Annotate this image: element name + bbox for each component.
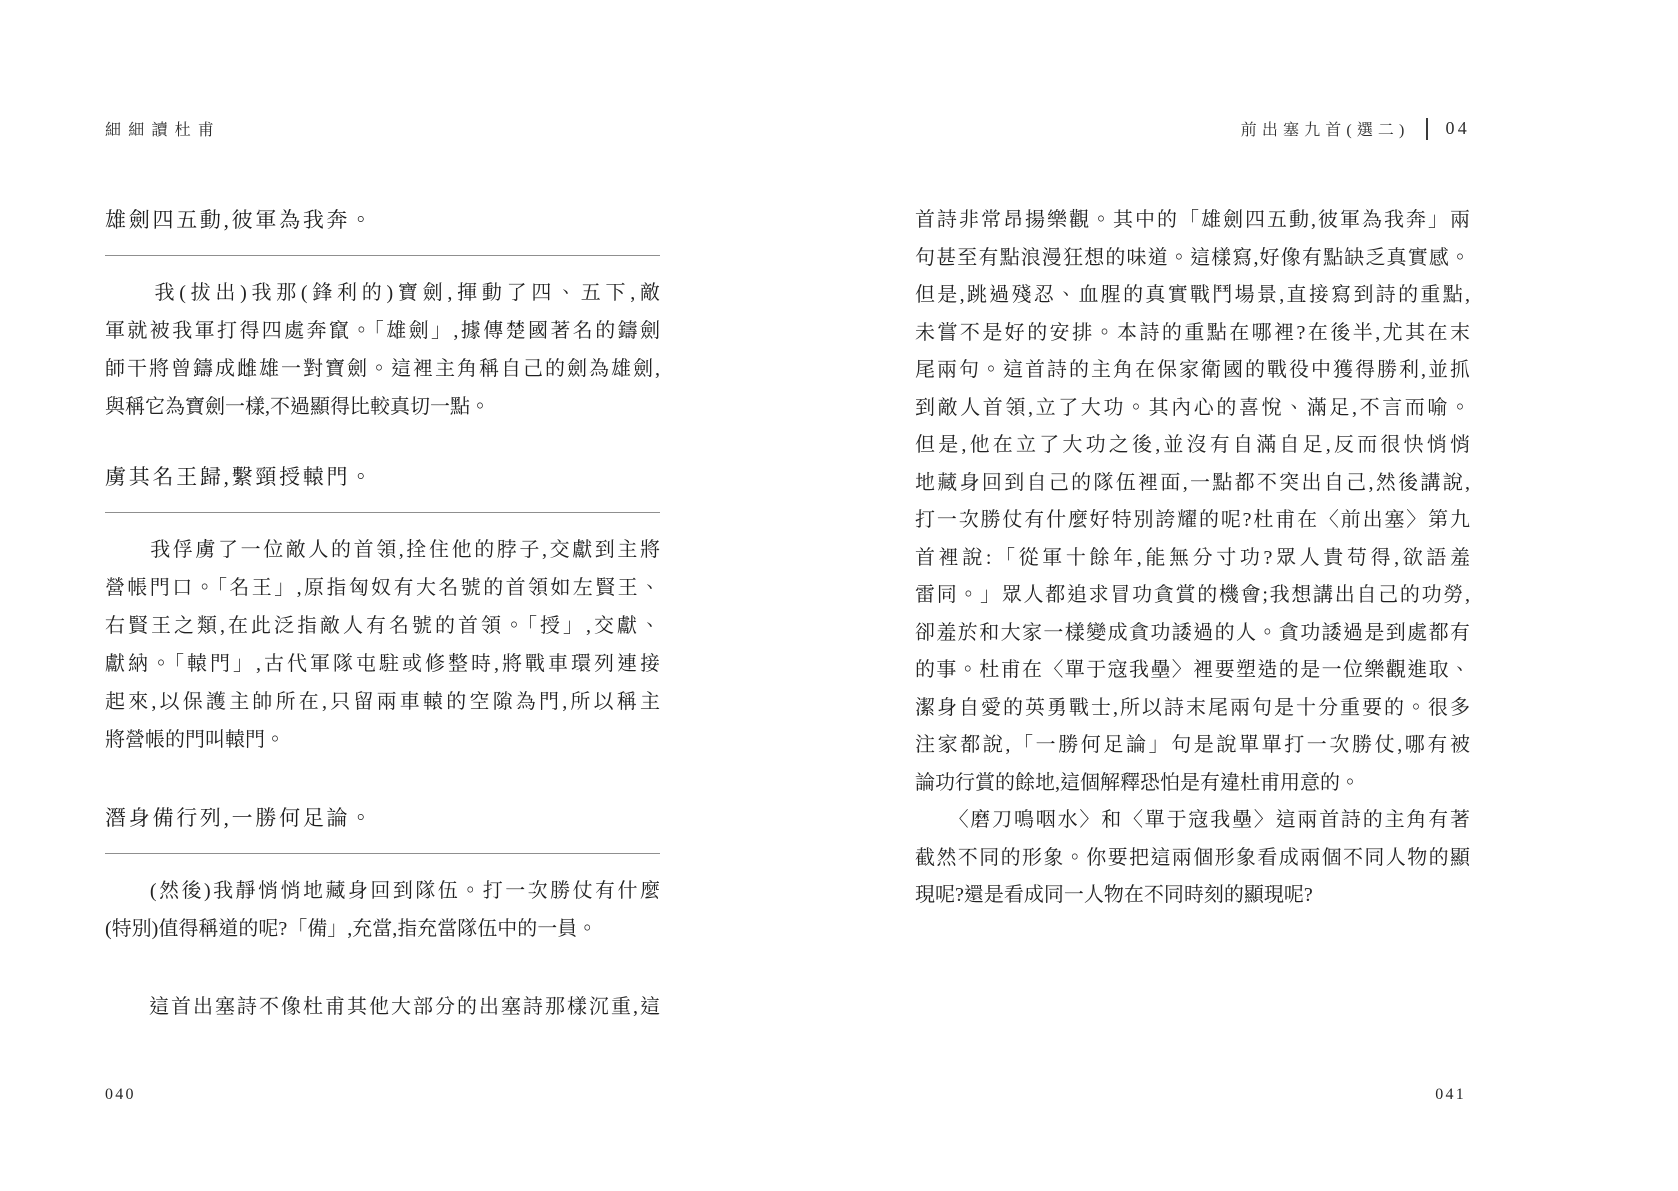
text-line: 起來,以保護主帥所在,只留兩車轅的空隙為門,所以稱主 — [105, 683, 660, 721]
running-head-chapter-title: 前出塞九首(選二) — [1241, 117, 1410, 140]
text-line: 潔身自愛的英勇戰士,所以詩末尾兩句是十分重要的。很多 — [915, 690, 1470, 728]
text-line: 這首出塞詩不像杜甫其他大部分的出塞詩那樣沉重,這 — [105, 988, 660, 1026]
text-line: 未嘗不是好的安排。本詩的重點在哪裡?在後半,尤其在末 — [915, 315, 1470, 353]
verse-heading-1: 雄劍四五動,彼軍為我奔。 — [105, 206, 660, 234]
body-paragraph-continued: 首詩非常昂揚樂觀。其中的「雄劍四五動,彼軍為我奔」兩句甚至有點浪漫狂想的味道。這… — [915, 202, 1470, 802]
right-page: 前出塞九首(選二) 04 首詩非常昂揚樂觀。其中的「雄劍四五動,彼軍為我奔」兩句… — [915, 0, 1470, 1191]
section-verse-1: 雄劍四五動,彼軍為我奔。 我(拔出)我那(鋒利的)寶劍,揮動了四、五下,敵軍就被… — [105, 206, 660, 426]
page-number-right: 041 — [1435, 1086, 1466, 1104]
text-line: 論功行賞的餘地,這個解釋恐怕是有違杜甫用意的。 — [915, 765, 1470, 803]
text-line: 但是,他在立了大功之後,並沒有自滿自足,反而很快悄悄 — [915, 427, 1470, 465]
text-line: 軍就被我軍打得四處奔竄。「雄劍」,據傳楚國著名的鑄劍 — [105, 312, 660, 350]
chapter-number: 04 — [1446, 118, 1470, 139]
text-line: (特別)值得稱道的呢?「備」,充當,指充當隊伍中的一員。 — [105, 910, 660, 948]
text-line: 〈磨刀鳴咽水〉和〈單于寇我壘〉這兩首詩的主角有著 — [915, 802, 1470, 840]
verse-heading-3: 潛身備行列,一勝何足論。 — [105, 804, 660, 832]
text-line: 現呢?還是看成同一人物在不同時刻的顯現呢? — [915, 877, 1470, 915]
text-line: 我(拔出)我那(鋒利的)寶劍,揮動了四、五下,敵 — [105, 274, 660, 312]
left-page: 細細讀杜甫 雄劍四五動,彼軍為我奔。 我(拔出)我那(鋒利的)寶劍,揮動了四、五… — [105, 0, 660, 1191]
running-head-chapter: 前出塞九首(選二) 04 — [915, 117, 1470, 140]
book-spread: { "left_page": { "running_head": "細細讀杜甫"… — [0, 0, 1678, 1191]
text-line: 到敵人首領,立了大功。其內心的喜悅、滿足,不言而喻。 — [915, 390, 1470, 428]
section-divider-3 — [105, 853, 660, 854]
text-line: 卻羞於和大家一樣變成貪功諉過的人。貪功諉過是到處都有 — [915, 615, 1470, 653]
text-line: 雷同。」眾人都追求冒功貪賞的機會;我想講出自己的功勞, — [915, 577, 1470, 615]
section-verse-2: 虜其名王歸,繫頸授轅門。 我俘虜了一位敵人的首領,拴住他的脖子,交獻到主將營帳門… — [105, 463, 660, 759]
text-line: 營帳門口。「名王」,原指匈奴有大名號的首領如左賢王、 — [105, 569, 660, 607]
body-paragraph-final: 〈磨刀鳴咽水〉和〈單于寇我壘〉這兩首詩的主角有著截然不同的形象。你要把這兩個形象… — [915, 802, 1470, 915]
text-line: 首詩非常昂揚樂觀。其中的「雄劍四五動,彼軍為我奔」兩 — [915, 202, 1470, 240]
page-number-left: 040 — [105, 1086, 136, 1104]
text-line: (然後)我靜悄悄地藏身回到隊伍。打一次勝仗有什麼 — [105, 872, 660, 910]
right-page-body: 首詩非常昂揚樂觀。其中的「雄劍四五動,彼軍為我奔」兩句甚至有點浪漫狂想的味道。這… — [915, 202, 1470, 915]
running-head-divider — [1426, 118, 1428, 140]
verse-heading-2: 虜其名王歸,繫頸授轅門。 — [105, 463, 660, 491]
text-line: 首裡說:「從軍十餘年,能無分寸功?眾人貴苟得,欲語羞 — [915, 540, 1470, 578]
text-line: 句甚至有點浪漫狂想的味道。這樣寫,好像有點缺乏真實感。 — [915, 240, 1470, 278]
section-verse-3: 潛身備行列,一勝何足論。 (然後)我靜悄悄地藏身回到隊伍。打一次勝仗有什麼(特別… — [105, 804, 660, 948]
closing-paragraph: 這首出塞詩不像杜甫其他大部分的出塞詩那樣沉重,這 — [105, 988, 660, 1026]
text-line: 截然不同的形象。你要把這兩個形象看成兩個不同人物的顯 — [915, 840, 1470, 878]
text-line: 我俘虜了一位敵人的首領,拴住他的脖子,交獻到主將 — [105, 531, 660, 569]
text-line: 的事。杜甫在〈單于寇我壘〉裡要塑造的是一位樂觀進取、 — [915, 652, 1470, 690]
section-divider-2 — [105, 512, 660, 513]
text-line: 將營帳的門叫轅門。 — [105, 721, 660, 759]
text-line: 地藏身回到自己的隊伍裡面,一點都不突出自己,然後講說, — [915, 465, 1470, 503]
text-line: 打一次勝仗有什麼好特別誇耀的呢?杜甫在〈前出塞〉第九 — [915, 502, 1470, 540]
running-head-book-title: 細細讀杜甫 — [105, 117, 660, 140]
text-line: 獻納。「轅門」,古代軍隊屯駐或修整時,將戰車環列連接 — [105, 645, 660, 683]
text-line: 但是,跳過殘忍、血腥的真實戰鬥場景,直接寫到詩的重點, — [915, 277, 1470, 315]
commentary-paragraph-2: 我俘虜了一位敵人的首領,拴住他的脖子,交獻到主將營帳門口。「名王」,原指匈奴有大… — [105, 531, 660, 759]
text-line: 與稱它為寶劍一樣,不過顯得比較真切一點。 — [105, 388, 660, 426]
commentary-paragraph-3: (然後)我靜悄悄地藏身回到隊伍。打一次勝仗有什麼(特別)值得稱道的呢?「備」,充… — [105, 872, 660, 948]
text-line: 師干將曾鑄成雌雄一對寶劍。這裡主角稱自己的劍為雄劍, — [105, 350, 660, 388]
text-line: 尾兩句。這首詩的主角在保家衛國的戰役中獲得勝利,並抓 — [915, 352, 1470, 390]
section-divider-1 — [105, 255, 660, 256]
commentary-paragraph-1: 我(拔出)我那(鋒利的)寶劍,揮動了四、五下,敵軍就被我軍打得四處奔竄。「雄劍」… — [105, 274, 660, 426]
text-line: 右賢王之類,在此泛指敵人有名號的首領。「授」,交獻、 — [105, 607, 660, 645]
text-line: 注家都說,「一勝何足論」句是說單單打一次勝仗,哪有被 — [915, 727, 1470, 765]
